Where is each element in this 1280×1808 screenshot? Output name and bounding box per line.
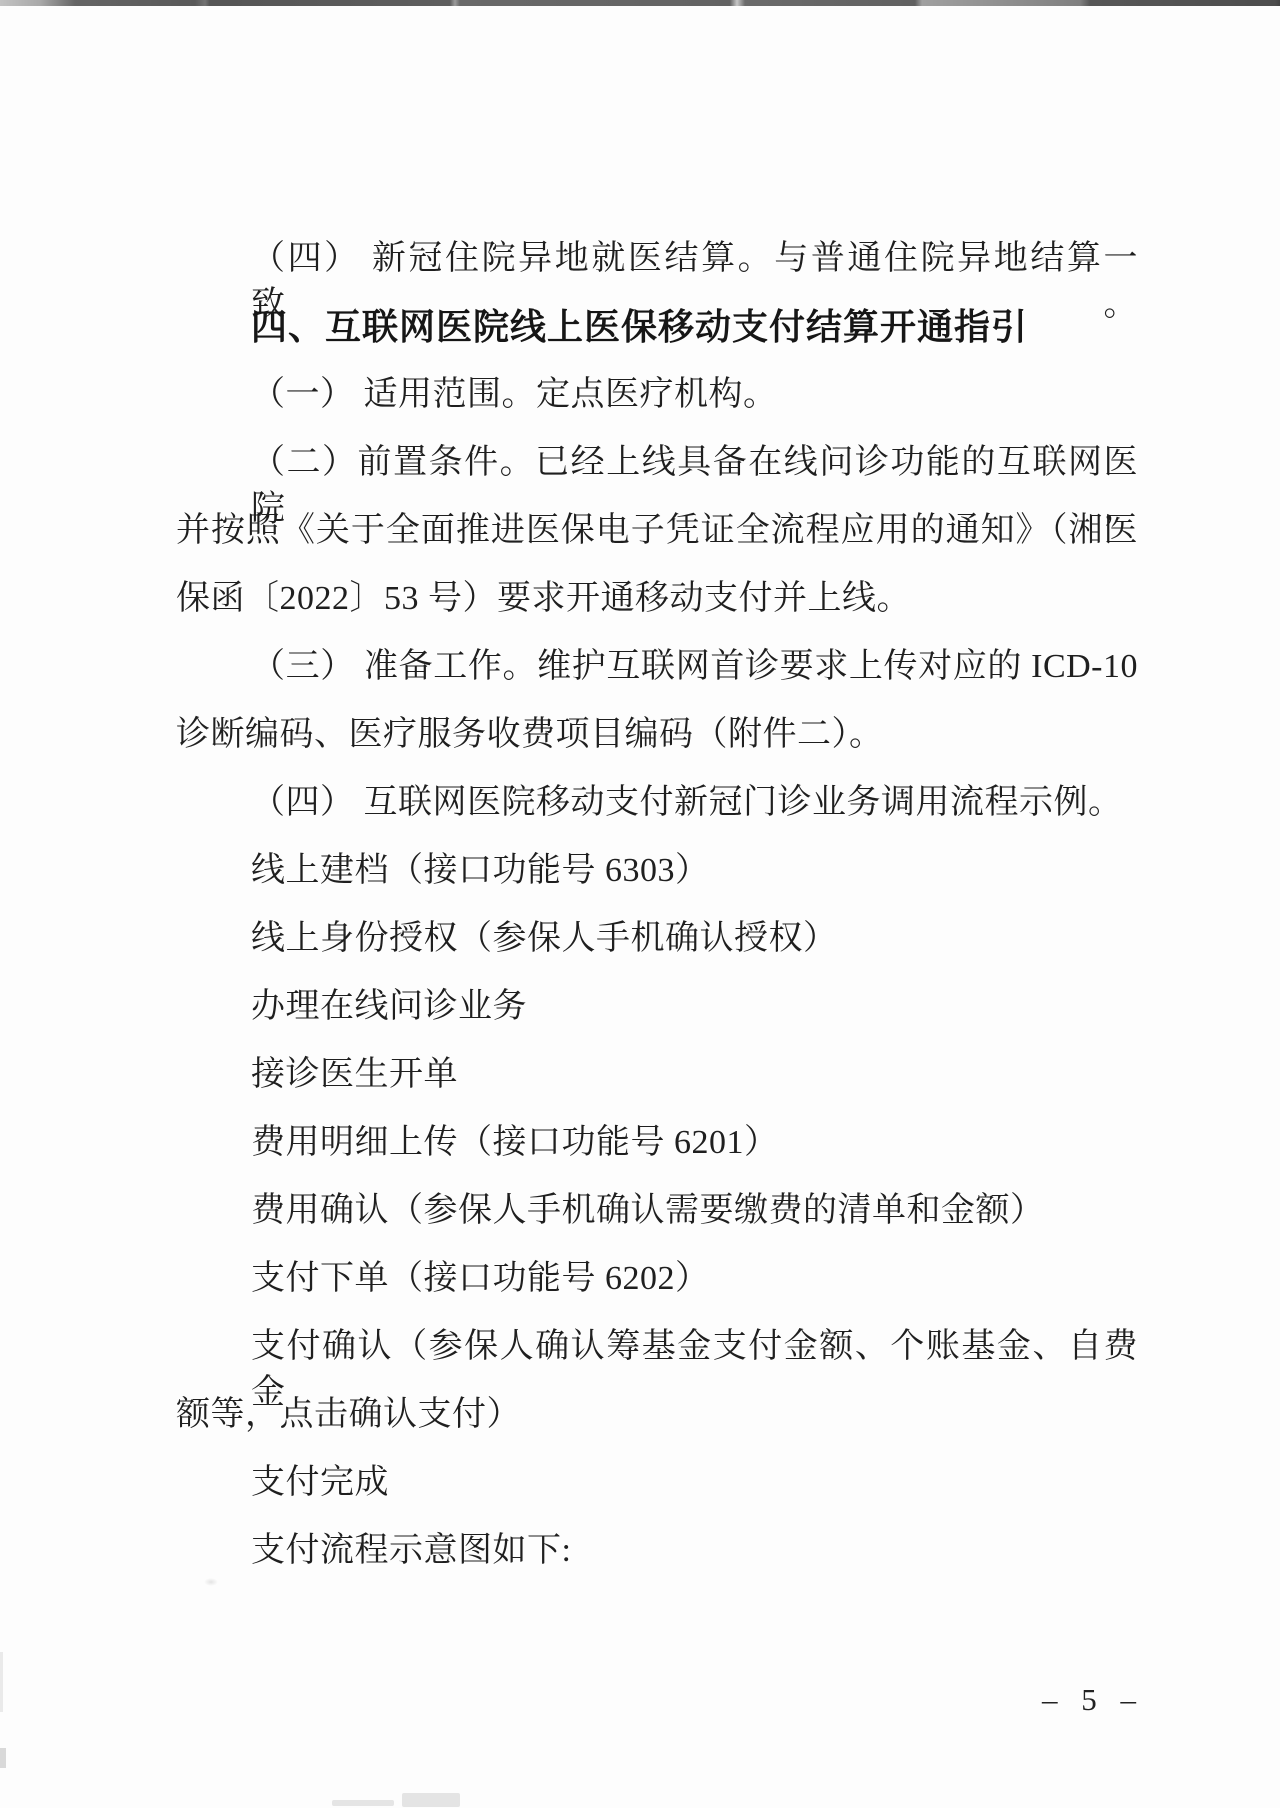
scan-artifact-left-edge-2: [0, 1652, 3, 1712]
step-doctor-order: 接诊医生开单: [176, 1052, 1138, 1120]
document-page: （四） 新冠住院异地就医结算。与普通住院异地结算一致。 四、互联网医院线上医保移…: [0, 0, 1280, 1808]
item-1-scope: （一） 适用范围。定点医疗机构。: [176, 372, 1138, 440]
item-3-continuation: 诊断编码、医疗服务收费项目编码（附件二）。: [176, 712, 1138, 780]
flow-diagram-caption: 支付流程示意图如下:: [176, 1528, 1138, 1596]
item-2-continuation-2: 保函〔2022〕53 号）要求开通移动支付并上线。: [176, 576, 1138, 644]
section-heading: 四、互联网医院线上医保移动支付结算开通指引: [176, 304, 1138, 372]
step-payment-complete: 支付完成: [176, 1460, 1138, 1528]
item-2-continuation-1: 并按照《关于全面推进医保电子凭证全流程应用的通知》（湘医: [176, 508, 1138, 576]
scan-artifact-bottom-left-2: [402, 1793, 460, 1807]
document-body: （四） 新冠住院异地就医结算。与普通住院异地结算一致。 四、互联网医院线上医保移…: [176, 236, 1138, 1596]
scan-artifact-top-edge: [0, 0, 1280, 6]
step-online-filing: 线上建档（接口功能号 6303）: [176, 848, 1138, 916]
step-payment-confirm: 支付确认（参保人确认筹基金支付金额、个账基金、自费金: [176, 1324, 1138, 1392]
item-3-preparation: （三） 准备工作。维护互联网首诊要求上传对应的 ICD-10: [176, 644, 1138, 712]
step-fee-confirm: 费用确认（参保人手机确认需要缴费的清单和金额）: [176, 1188, 1138, 1256]
step-online-consult: 办理在线问诊业务: [176, 984, 1138, 1052]
page-number: – 5 –: [1042, 1682, 1136, 1718]
scan-artifact-left-edge-1: [0, 1748, 6, 1768]
item-4-flow-example: （四） 互联网医院移动支付新冠门诊业务调用流程示例。: [176, 780, 1138, 848]
step-fee-upload: 费用明细上传（接口功能号 6201）: [176, 1120, 1138, 1188]
step-payment-confirm-continuation: 额等，点击确认支付）: [176, 1392, 1138, 1460]
scan-artifact-bottom-left-1: [332, 1800, 394, 1806]
step-identity-auth: 线上身份授权（参保人手机确认授权）: [176, 916, 1138, 984]
item-4-hospitalization-settlement: （四） 新冠住院异地就医结算。与普通住院异地结算一致。: [176, 236, 1138, 304]
step-payment-order: 支付下单（接口功能号 6202）: [176, 1256, 1138, 1324]
item-2-preconditions: （二）前置条件。已经上线具备在线问诊功能的互联网医院，: [176, 440, 1138, 508]
